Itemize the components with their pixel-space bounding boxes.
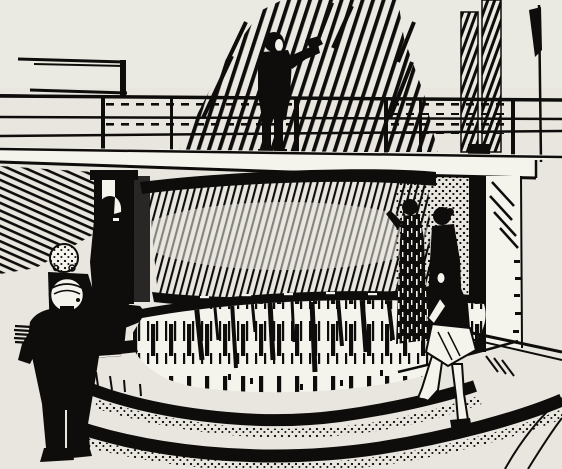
railing-panel-dashes bbox=[106, 101, 292, 113]
railing-post bbox=[294, 98, 299, 154]
railing-panel-dashes bbox=[390, 103, 508, 115]
railing-post bbox=[511, 100, 515, 155]
railing-post bbox=[419, 99, 422, 152]
railing-post bbox=[170, 98, 173, 153]
railing-post bbox=[384, 98, 388, 153]
ink-illustration bbox=[0, 0, 562, 469]
railing-post bbox=[101, 97, 105, 153]
railing-panel-dashes bbox=[106, 121, 292, 133]
balcony-man-face bbox=[275, 39, 283, 51]
illustration-canvas bbox=[0, 0, 562, 469]
stage-screen bbox=[133, 169, 436, 307]
walkway-post bbox=[120, 60, 126, 98]
